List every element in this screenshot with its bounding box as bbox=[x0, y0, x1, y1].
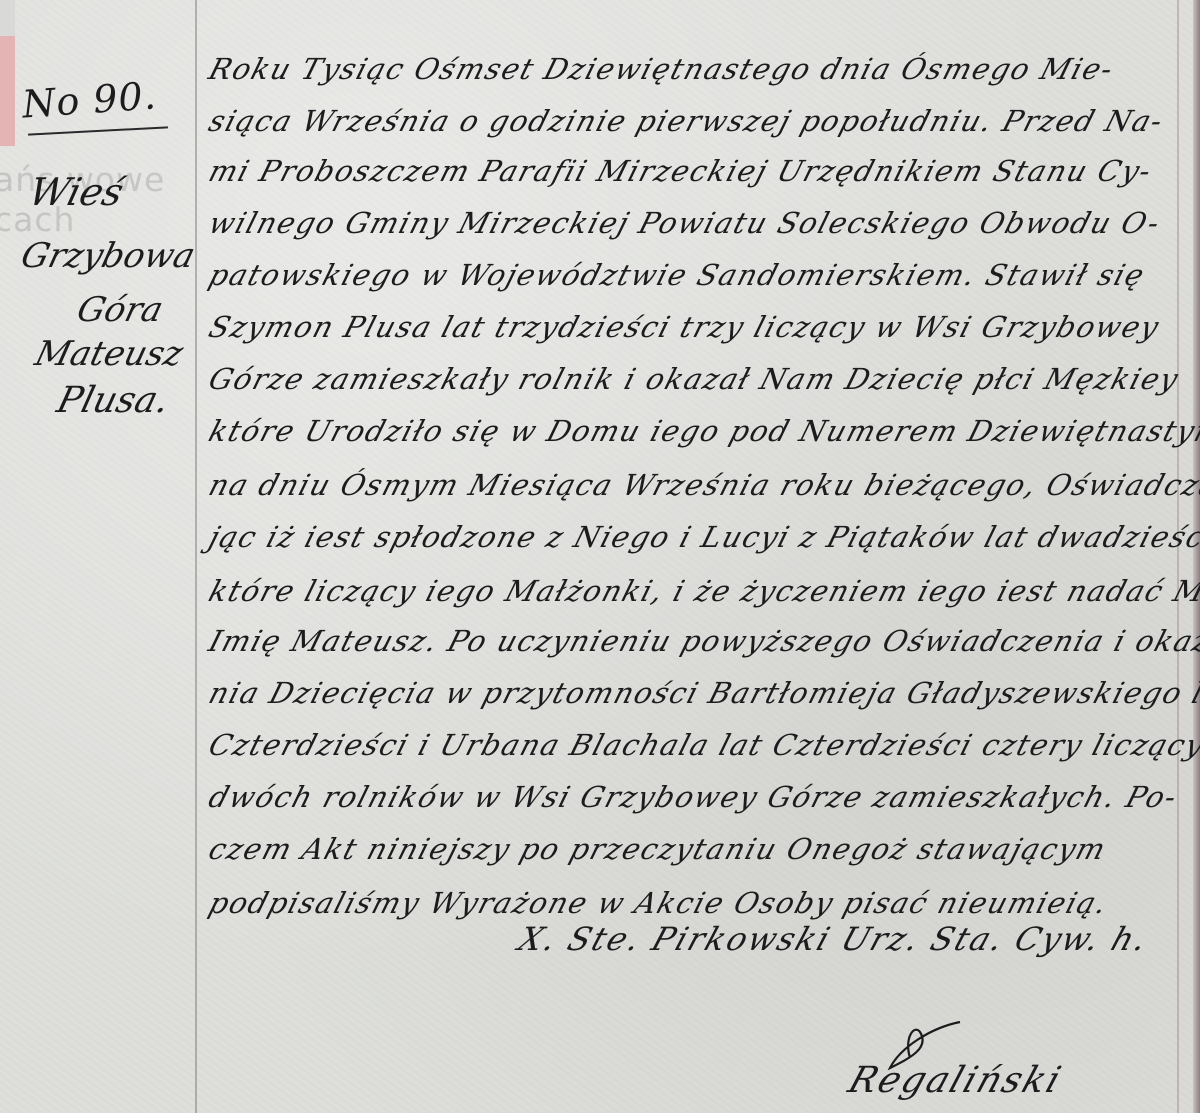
margin-village-name: Grzybowa bbox=[17, 236, 199, 276]
body-line: jąc iż iest spłodzone z Niego i Lucyi z … bbox=[205, 520, 1200, 554]
body-line: które liczący iego Małżonki, i że życzen… bbox=[205, 574, 1200, 608]
body-line: wilnego Gminy Mirzeckiej Powiatu Solecsk… bbox=[205, 206, 1165, 240]
body-line: Czterdzieści i Urbana Blachala lat Czter… bbox=[205, 728, 1200, 762]
body-line: Szymon Plusa lat trzydzieści trzy licząc… bbox=[205, 310, 1164, 344]
body-line: podpisaliśmy Wyrażone w Akcie Osoby pisa… bbox=[205, 886, 1112, 920]
body-line: dwóch rolników w Wsi Grzybowey Górze zam… bbox=[205, 780, 1182, 814]
body-line: na dniu Ósmym Miesiąca Września roku bie… bbox=[205, 468, 1200, 502]
body-line: czem Akt niniejszy po przeczytaniu Onego… bbox=[205, 832, 1111, 866]
body-line: Roku Tysiąc Ośmset Dziewiętnastego dnia … bbox=[205, 52, 1118, 86]
act-number: No 90. bbox=[21, 73, 158, 126]
body-line: nia Dziecięcia w przytomności Bartłomiej… bbox=[205, 676, 1200, 710]
margin-child-surname: Plusa. bbox=[53, 380, 174, 421]
act-number-underline bbox=[28, 126, 168, 135]
right-rule bbox=[1177, 0, 1179, 1113]
body-line: mi Proboszczem Parafii Mirzeckiej Urzędn… bbox=[205, 154, 1156, 188]
margin-child-first-name: Mateusz bbox=[31, 334, 187, 374]
priest-signature: X. Ste. Pirkowski Urz. Sta. Cyw. h. bbox=[514, 920, 1154, 958]
page-edge bbox=[1193, 0, 1200, 1113]
body-line: siąca Września o godzinie pierwszej popo… bbox=[205, 104, 1168, 138]
margin-village-prefix: Wieś bbox=[25, 170, 129, 214]
margin-village-name-2: Góra bbox=[73, 290, 167, 330]
margin-rule bbox=[195, 0, 197, 1113]
scanned-page: ańs wowe cach No 90. Wieś Grzybowa Góra … bbox=[0, 0, 1200, 1113]
body-line: Górze zamieszkały rolnik i okazał Nam Dz… bbox=[205, 362, 1183, 396]
body-line: patowskiego w Województwie Sandomierskie… bbox=[205, 258, 1149, 292]
clerk-signature: Regaliński bbox=[843, 1060, 1067, 1101]
body-line: które Urodziło się w Domu iego pod Numer… bbox=[205, 414, 1200, 448]
body-line: Imię Mateusz. Po uczynieniu powyższego O… bbox=[205, 624, 1200, 658]
margin-column: No 90. Wieś Grzybowa Góra Mateusz Plusa. bbox=[0, 0, 195, 1113]
